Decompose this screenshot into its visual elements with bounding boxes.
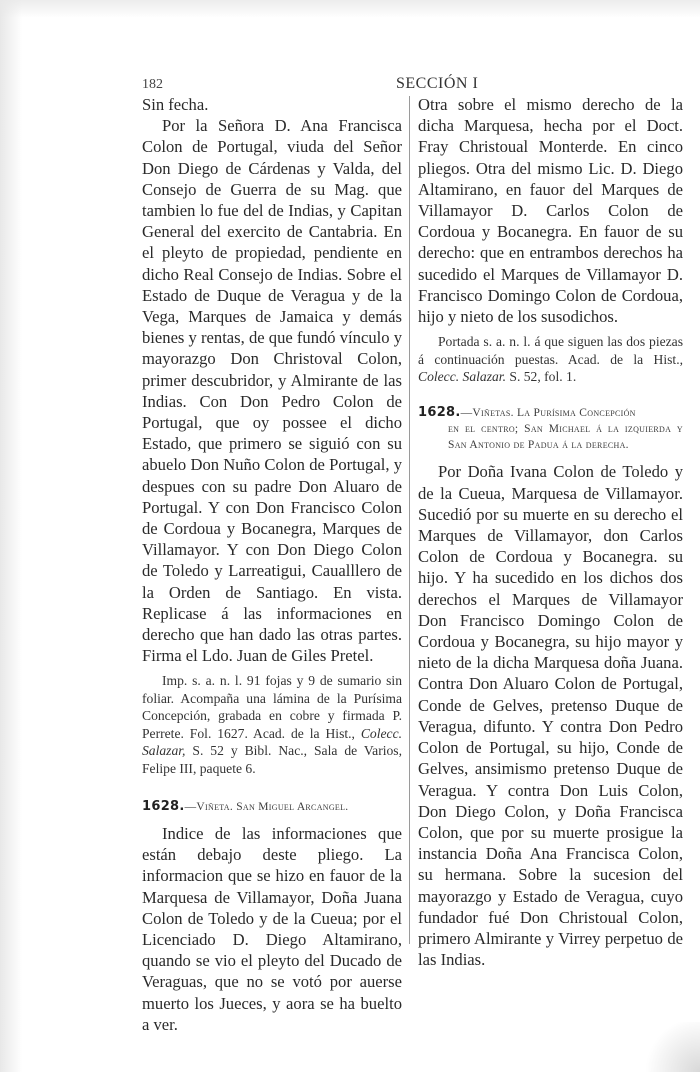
entry-year: 1628. (418, 405, 461, 420)
collection-name: Colecc. Salazar. (418, 369, 506, 384)
scan-edge-corner (640, 1022, 700, 1072)
column-divider (409, 96, 410, 944)
scan-edge-left (0, 0, 22, 1072)
page-number: 182 (142, 77, 163, 93)
entry-body-paragraph: Por la Señora D. Ana Francisca Colon de … (142, 115, 402, 666)
entry-heading: 1628.—Viñeta. San Miguel Arcangel. (142, 799, 402, 815)
scan-edge-top (0, 0, 700, 18)
bibliographic-note: Portada s. a. n. l. á que siguen las dos… (418, 333, 683, 385)
bibliographic-note: Imp. s. a. n. l. 91 fojas y 9 de sumario… (142, 672, 402, 776)
entry-body-paragraph: Otra sobre el mismo derecho de la dicha … (418, 94, 683, 327)
right-column: Otra sobre el mismo derecho de la dicha … (418, 94, 683, 970)
date-note: Sin fecha. (142, 94, 402, 115)
left-column: Sin fecha. Por la Señora D. Ana Francisc… (142, 94, 402, 1035)
entry-heading: 1628.—Viñetas. La Purísima Concepciónen … (418, 405, 683, 453)
section-title: SECCIÓN I (396, 75, 478, 93)
entry-body-paragraph: Por Doña Ivana Colon de Toledo y de la C… (418, 461, 683, 970)
entry-body-paragraph: Indice de las informaciones que están de… (142, 823, 402, 1035)
entry-year: 1628. (142, 799, 185, 814)
